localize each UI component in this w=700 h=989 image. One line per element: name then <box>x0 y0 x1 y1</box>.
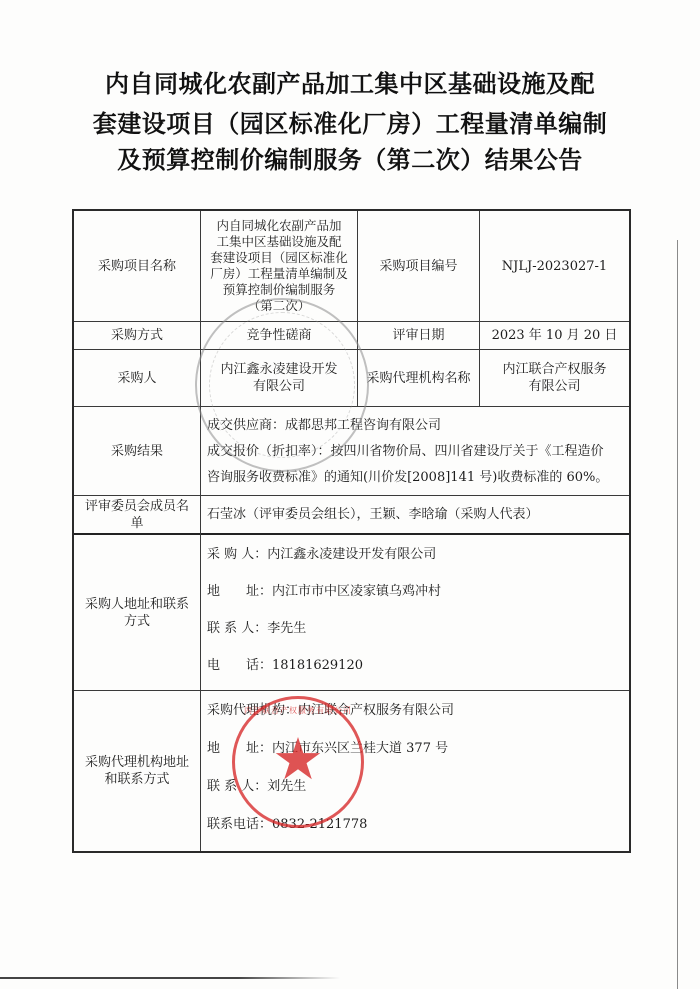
project-name-line: 套建设项目（园区标准化 <box>210 250 348 266</box>
buyer-contact-phone: 18181629120 <box>272 658 363 673</box>
project-name-line: 厂房）工程量清单编制及 <box>210 266 348 282</box>
agency-name-label: 采购代理机构名称 <box>358 350 479 406</box>
buyer-contact-person: 李先生 <box>267 621 306 636</box>
agency-contact-person-row: 联 系 人：刘先生 <box>207 775 623 813</box>
project-name-label: 采购项目名称 <box>74 211 200 321</box>
agency-contact-name-row: 采购代理机构：内江联合产权服务有限公司 <box>207 699 623 737</box>
project-name-line: 工集中区基础设施及配 <box>216 234 341 250</box>
buyer-contact-name: 内江鑫永凌建设开发有限公司 <box>267 547 436 562</box>
project-number-value: NJLJ-2023027-1 <box>480 211 629 321</box>
buyer-contact-label: 采购人地址和联系 方式 <box>74 535 200 690</box>
result-value: 成交供应商：成都思邦工程咨询有限公司 成交报价（折扣率）：按四川省物价局、四川省… <box>201 407 629 495</box>
buyer-line: 内江鑫永凌建设开发 <box>220 361 337 378</box>
scan-bottom-line <box>0 977 340 979</box>
buyer-contact-address-row: 地 址：内江市市中区凌家镇乌鸡冲村 <box>207 580 623 617</box>
agency-contact-address: 内江市东兴区兰桂大道 377 号 <box>272 741 448 756</box>
agency-contact-label-line: 采购代理机构地址 <box>85 754 189 771</box>
agency-name-line: 有限公司 <box>528 378 580 395</box>
buyer-label: 采购人 <box>74 350 200 406</box>
method-label: 采购方式 <box>74 322 200 349</box>
committee-label: 评审委员会成员名 单 <box>74 496 200 533</box>
agency-contact-phone: 0832-2121778 <box>272 817 367 832</box>
title-line-1: 内自同城化农副产品加工集中区基础设施及配 <box>0 64 700 99</box>
agency-contact-address-row: 地 址：内江市东兴区兰桂大道 377 号 <box>207 737 623 775</box>
project-name-line: 内自同城化农副产品加 <box>216 218 341 234</box>
buyer-line: 有限公司 <box>253 378 305 395</box>
agency-contact-label-line: 和联系方式 <box>104 771 169 788</box>
project-name-value: 内自同城化农副产品加 工集中区基础设施及配 套建设项目（园区标准化 厂房）工程量… <box>201 211 357 321</box>
result-label: 采购结果 <box>74 407 200 495</box>
result-price-line: 咨询服务收费标准》的通知(川价发[2008]141 号)收费标准的 60%。 <box>207 465 623 491</box>
result-table: 采购项目名称 内自同城化农副产品加 工集中区基础设施及配 套建设项目（园区标准化… <box>72 209 631 853</box>
method-value: 竞争性磋商 <box>201 322 357 349</box>
result-price-line: 成交报价（折扣率）：按四川省物价局、四川省建设厅关于《工程造价 <box>207 439 623 465</box>
project-name-line: 预算控制价编制服务 <box>223 282 336 298</box>
committee-value: 石莹冰（评审委员会组长），王颖、李晗瑜（采购人代表） <box>201 496 629 533</box>
field-key: 采购代理机构： <box>207 699 298 723</box>
buyer-contact-label-line: 采购人地址和联系 <box>85 596 189 613</box>
field-key: 地 址： <box>207 737 272 761</box>
project-name-line: （第二次） <box>248 298 311 314</box>
buyer-contact-address: 内江市市中区凌家镇乌鸡冲村 <box>272 584 441 599</box>
agency-contact-value: 采购代理机构：内江联合产权服务有限公司 地 址：内江市东兴区兰桂大道 377 号… <box>201 691 629 851</box>
agency-contact-phone-row: 联系电话：0832-2121778 <box>207 813 623 851</box>
field-key: 电 话： <box>207 654 272 678</box>
buyer-value: 内江鑫永凌建设开发 有限公司 <box>201 350 357 406</box>
agency-name-value: 内江联合产权服务 有限公司 <box>480 350 629 406</box>
title-line-3: 及预算控制价编制服务（第二次）结果公告 <box>0 140 700 175</box>
result-supplier: 成交供应商：成都思邦工程咨询有限公司 <box>207 413 623 439</box>
review-date-label: 评审日期 <box>358 322 479 349</box>
review-date-value: 2023 年 10 月 20 日 <box>480 322 629 349</box>
agency-contact-person: 刘先生 <box>267 779 306 794</box>
field-key: 联 系 人： <box>207 617 267 641</box>
title-line-2: 套建设项目（园区标准化厂房）工程量清单编制 <box>0 104 700 139</box>
buyer-contact-phone-row: 电 话：18181629120 <box>207 654 623 691</box>
buyer-contact-label-line: 方式 <box>124 613 150 630</box>
committee-label-line: 单 <box>130 515 143 532</box>
field-key: 联系电话： <box>207 813 272 837</box>
agency-contact-name: 内江联合产权服务有限公司 <box>298 703 454 718</box>
scan-edge-line <box>677 240 678 989</box>
field-key: 地 址： <box>207 580 272 604</box>
buyer-contact-value: 采 购 人：内江鑫永凌建设开发有限公司 地 址：内江市市中区凌家镇乌鸡冲村 联 … <box>201 535 629 690</box>
committee-label-line: 评审委员会成员名 <box>85 498 189 515</box>
field-key: 采 购 人： <box>207 543 267 567</box>
agency-contact-label: 采购代理机构地址 和联系方式 <box>74 691 200 851</box>
agency-name-line: 内江联合产权服务 <box>502 361 606 378</box>
field-key: 联 系 人： <box>207 775 267 799</box>
project-number-label: 采购项目编号 <box>358 211 479 321</box>
buyer-contact-name-row: 采 购 人：内江鑫永凌建设开发有限公司 <box>207 543 623 580</box>
buyer-contact-person-row: 联 系 人：李先生 <box>207 617 623 654</box>
